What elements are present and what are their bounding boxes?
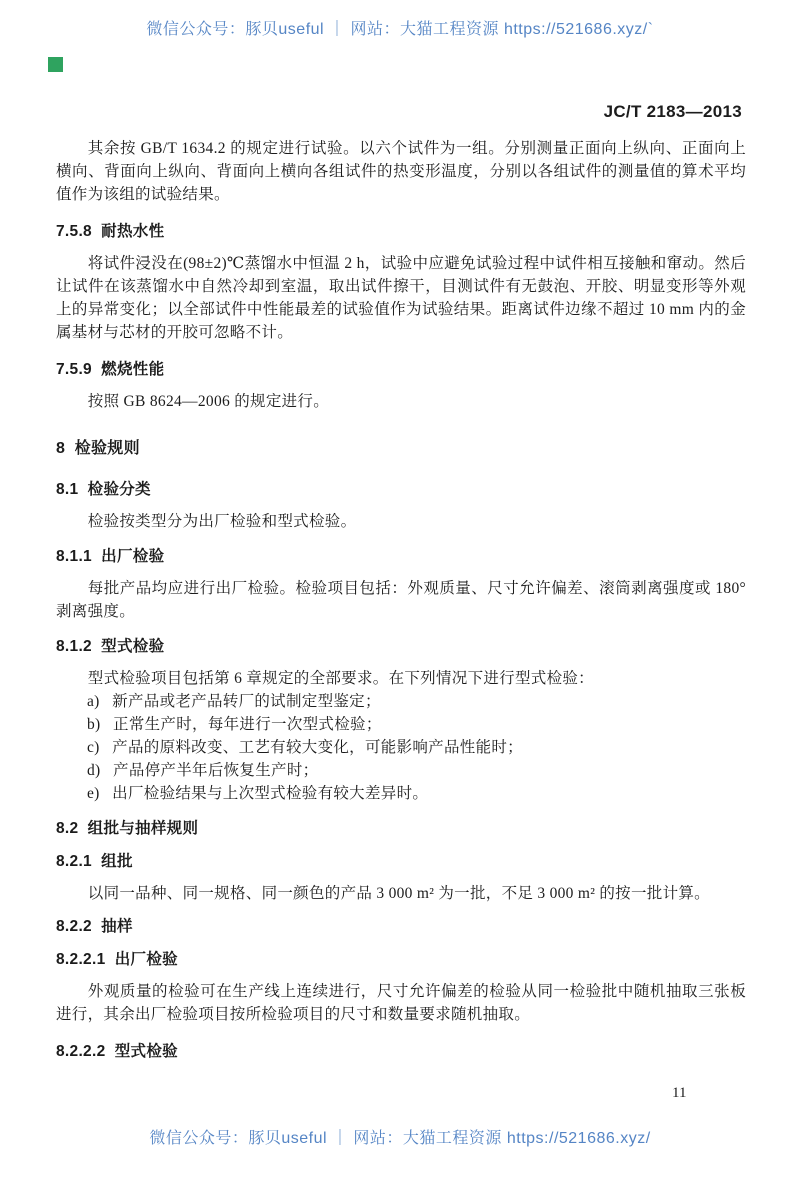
- paragraph-8-2-2-1: 外观质量的检验可在生产线上连续进行，尺寸允许偏差的检验从同一检验批中随机抽取三张…: [56, 980, 746, 1026]
- heading-8-1: 8.1 检验分类: [56, 478, 746, 501]
- list-item-e: e) 出厂检验结果与上次型式检验有较大差异时。: [87, 782, 746, 805]
- page-content: JC/T 2183—2013 其余按 GB/T 1634.2 的规定进行试验。以…: [56, 100, 746, 1063]
- paragraph-8-1-2: 型式检验项目包括第 6 章规定的全部要求。在下列情况下进行型式检验：: [56, 667, 746, 690]
- paragraph-8-1: 检验按类型分为出厂检验和型式检验。: [56, 510, 746, 533]
- watermark-bottom: 微信公众号：豚贝useful ｜ 网站：大猫工程资源 https://52168…: [0, 1125, 800, 1148]
- heading-8-1-2: 8.1.2 型式检验: [56, 635, 746, 658]
- watermark-top: 微信公众号：豚贝useful ｜ 网站：大猫工程资源 https://52168…: [0, 16, 800, 39]
- paragraph-8-2-1: 以同一品种、同一规格、同一颜色的产品 3 000 m² 为一批，不足 3 000…: [56, 882, 746, 905]
- paragraph-8-1-1: 每批产品均应进行出厂检验。检验项目包括：外观质量、尺寸允许偏差、滚筒剥离强度或 …: [56, 577, 746, 623]
- heading-8-1-1: 8.1.1 出厂检验: [56, 545, 746, 568]
- paragraph-7-5-8: 将试件浸没在(98±2)℃蒸馏水中恒温 2 h，试验中应避免试验过程中试件相互接…: [56, 252, 746, 344]
- document-page: 微信公众号：豚贝useful ｜ 网站：大猫工程资源 https://52168…: [0, 0, 800, 1184]
- paragraph-intro: 其余按 GB/T 1634.2 的规定进行试验。以六个试件为一组。分别测量正面向…: [56, 137, 746, 206]
- heading-8-2-2-1: 8.2.2.1 出厂检验: [56, 948, 746, 971]
- list-item-d: d) 产品停产半年后恢复生产时；: [87, 759, 746, 782]
- type-inspection-list: a) 新产品或老产品转厂的试制定型鉴定； b) 正常生产时，每年进行一次型式检验…: [56, 690, 746, 805]
- heading-8-2-2-2: 8.2.2.2 型式检验: [56, 1040, 746, 1063]
- standard-number: JC/T 2183—2013: [56, 100, 746, 123]
- list-item-c: c) 产品的原料改变、工艺有较大变化，可能影响产品性能时；: [87, 736, 746, 759]
- paragraph-7-5-9: 按照 GB 8624—2006 的规定进行。: [56, 390, 746, 413]
- list-item-a: a) 新产品或老产品转厂的试制定型鉴定；: [87, 690, 746, 713]
- heading-7-5-8: 7.5.8 耐热水性: [56, 220, 746, 243]
- green-marker: [48, 57, 63, 72]
- heading-8: 8 检验规则: [56, 437, 746, 460]
- heading-7-5-9: 7.5.9 燃烧性能: [56, 358, 746, 381]
- list-item-b: b) 正常生产时，每年进行一次型式检验；: [87, 713, 746, 736]
- heading-8-2: 8.2 组批与抽样规则: [56, 817, 746, 840]
- heading-8-2-1: 8.2.1 组批: [56, 850, 746, 873]
- heading-8-2-2: 8.2.2 抽样: [56, 915, 746, 938]
- page-number: 11: [672, 1085, 686, 1102]
